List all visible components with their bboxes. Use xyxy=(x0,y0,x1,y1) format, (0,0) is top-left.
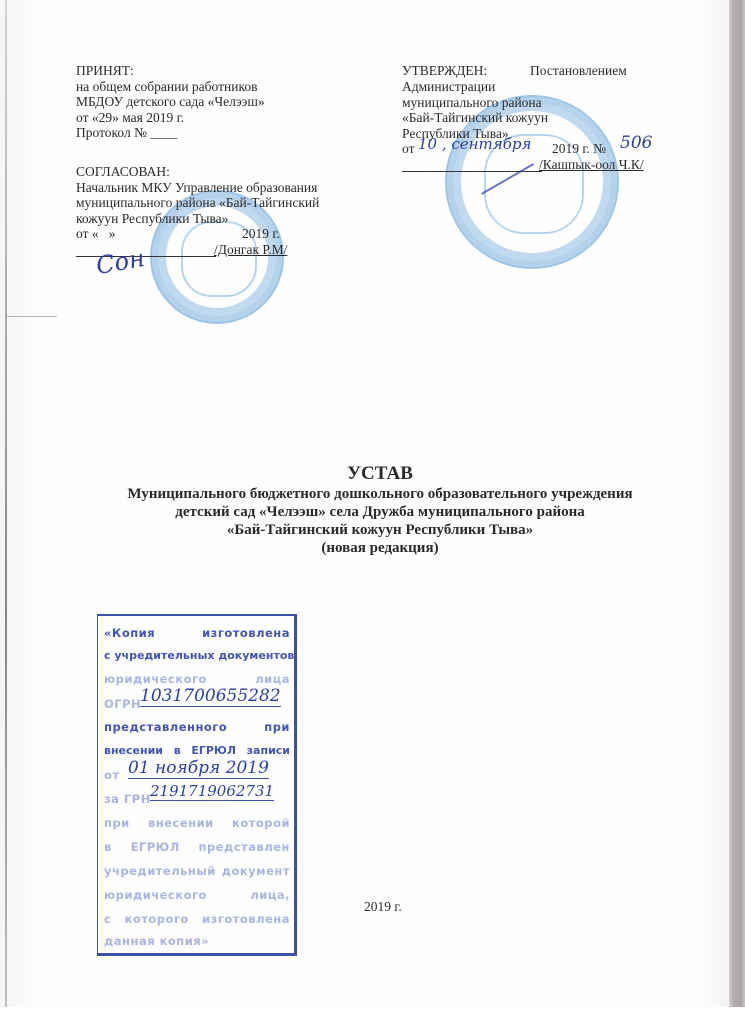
stamp-line: за ГРН xyxy=(104,792,151,806)
document-subtitle-line: «Бай-Тайгинский кожуун Республики Тыва» xyxy=(80,521,680,539)
stamp-line: с которого изготовлена xyxy=(104,912,290,926)
accepted-block: ПРИНЯТ: на общем собрании работников МБД… xyxy=(76,63,265,141)
scan-left-edge xyxy=(5,0,7,1024)
agreed-line: Начальник МКУ Управление образования xyxy=(76,180,326,196)
accepted-line: МБДОУ детского сада «Челээш» xyxy=(76,94,265,110)
accepted-line: от «29» мая 2019 г. xyxy=(76,110,265,126)
copy-certification-stamp: «Копия изготовлена с учредительных докум… xyxy=(97,614,297,956)
document-title: УСТАВ xyxy=(80,463,680,485)
stamp-line: при внесении которой xyxy=(104,816,290,830)
approved-date-prefix: от xyxy=(402,141,414,157)
agreed-heading: СОГЛАСОВАН: xyxy=(76,164,326,180)
approved-line: «Бай-Тайгинский кожуун xyxy=(402,110,662,126)
stamp-line: «Копия изготовлена xyxy=(104,626,290,640)
stamp-line: с учредительных документов xyxy=(104,649,290,662)
agreed-line: кожуун Республики Тыва» xyxy=(76,211,326,227)
agreed-block: СОГЛАСОВАН: Начальник МКУ Управление обр… xyxy=(76,164,326,258)
stamp-line: в ЕГРЮЛ представлен xyxy=(104,840,290,854)
footer-year: 2019 г. xyxy=(364,899,402,915)
scan-fold-mark xyxy=(7,316,57,317)
agreed-line: муниципального района «Бай-Тайгинский xyxy=(76,195,326,211)
stamp-line: юридического лица xyxy=(104,672,290,686)
stamp-line: внесении в ЕГРЮЛ записи xyxy=(104,744,290,757)
approved-heading-suffix: Постановлением xyxy=(530,63,627,79)
approved-number-handwritten: 506 xyxy=(620,136,652,152)
stamp-line: ОГРН xyxy=(104,697,141,711)
agreed-date-prefix: от « » xyxy=(76,226,115,242)
approved-block: УТВЕРЖДЕН: Постановлением Администрации … xyxy=(402,63,662,173)
accepted-line: на общем собрании работников xyxy=(76,79,265,95)
stamp-line: данная копия» xyxy=(104,934,209,948)
agreed-signatory: /Донгак Р.М/ xyxy=(214,242,287,258)
approved-signatory: /Кашпык-оол Ч.К/ xyxy=(539,157,644,173)
approved-heading: УТВЕРЖДЕН: xyxy=(402,63,487,79)
stamp-line: учредительный документ xyxy=(104,864,290,878)
stamp-ogrn-handwritten: 1031700655282 xyxy=(140,686,281,707)
agreed-date-year: 2019 г. xyxy=(242,226,280,242)
stamp-grn-handwritten: 2191719062731 xyxy=(150,782,274,801)
accepted-line: Протокол № ____ xyxy=(76,125,265,141)
document-subtitle-line: Муниципального бюджетного дошкольного об… xyxy=(80,485,680,503)
stamp-line: юридического лица, xyxy=(104,888,290,902)
document-title-block: УСТАВ Муниципального бюджетного дошкольн… xyxy=(80,463,680,557)
scanned-page: ПРИНЯТ: на общем собрании работников МБД… xyxy=(0,0,745,1024)
approved-line: Администрации xyxy=(402,79,662,95)
approved-line: муниципального района xyxy=(402,95,662,111)
stamp-date-handwritten: 01 ноября 2019 xyxy=(128,758,269,779)
accepted-heading: ПРИНЯТ: xyxy=(76,63,265,79)
scan-bottom-edge xyxy=(0,1007,745,1024)
document-subtitle-line: детский сад «Челээш» села Дружба муницип… xyxy=(80,503,680,521)
scan-right-edge xyxy=(729,0,745,1024)
approved-date-year: 2019 г. № xyxy=(552,141,606,157)
document-subtitle-line: (новая редакция) xyxy=(80,539,680,557)
stamp-line: представленного при xyxy=(104,720,290,734)
stamp-line: от xyxy=(104,768,120,782)
